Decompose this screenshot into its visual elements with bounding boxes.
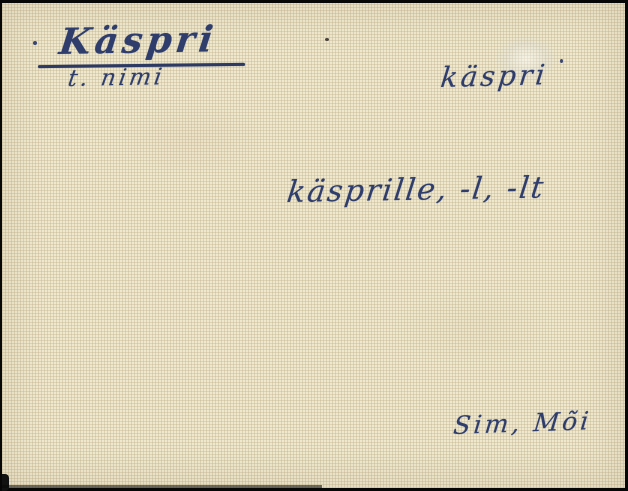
- index-card: Käspri t. nimi käspri käsprille, -l, -lt…: [2, 3, 625, 488]
- paper-stain: [112, 98, 272, 178]
- scanned-card-image: Käspri t. nimi käspri käsprille, -l, -lt…: [0, 0, 628, 491]
- scan-corner-artifact: [2, 474, 9, 491]
- headword: Käspri: [57, 18, 219, 63]
- ink-speck: [325, 38, 329, 41]
- location-note: Sim, Mõi: [452, 406, 593, 440]
- declension-forms: käsprille, -l, -lt: [285, 171, 547, 210]
- scan-edge-artifact: [2, 485, 322, 488]
- ink-speck: [33, 41, 37, 45]
- entry-form-word: käspri: [439, 58, 549, 94]
- ink-speck: [560, 59, 563, 63]
- paper-stain: [382, 283, 562, 373]
- category-label: t. nimi: [66, 64, 167, 92]
